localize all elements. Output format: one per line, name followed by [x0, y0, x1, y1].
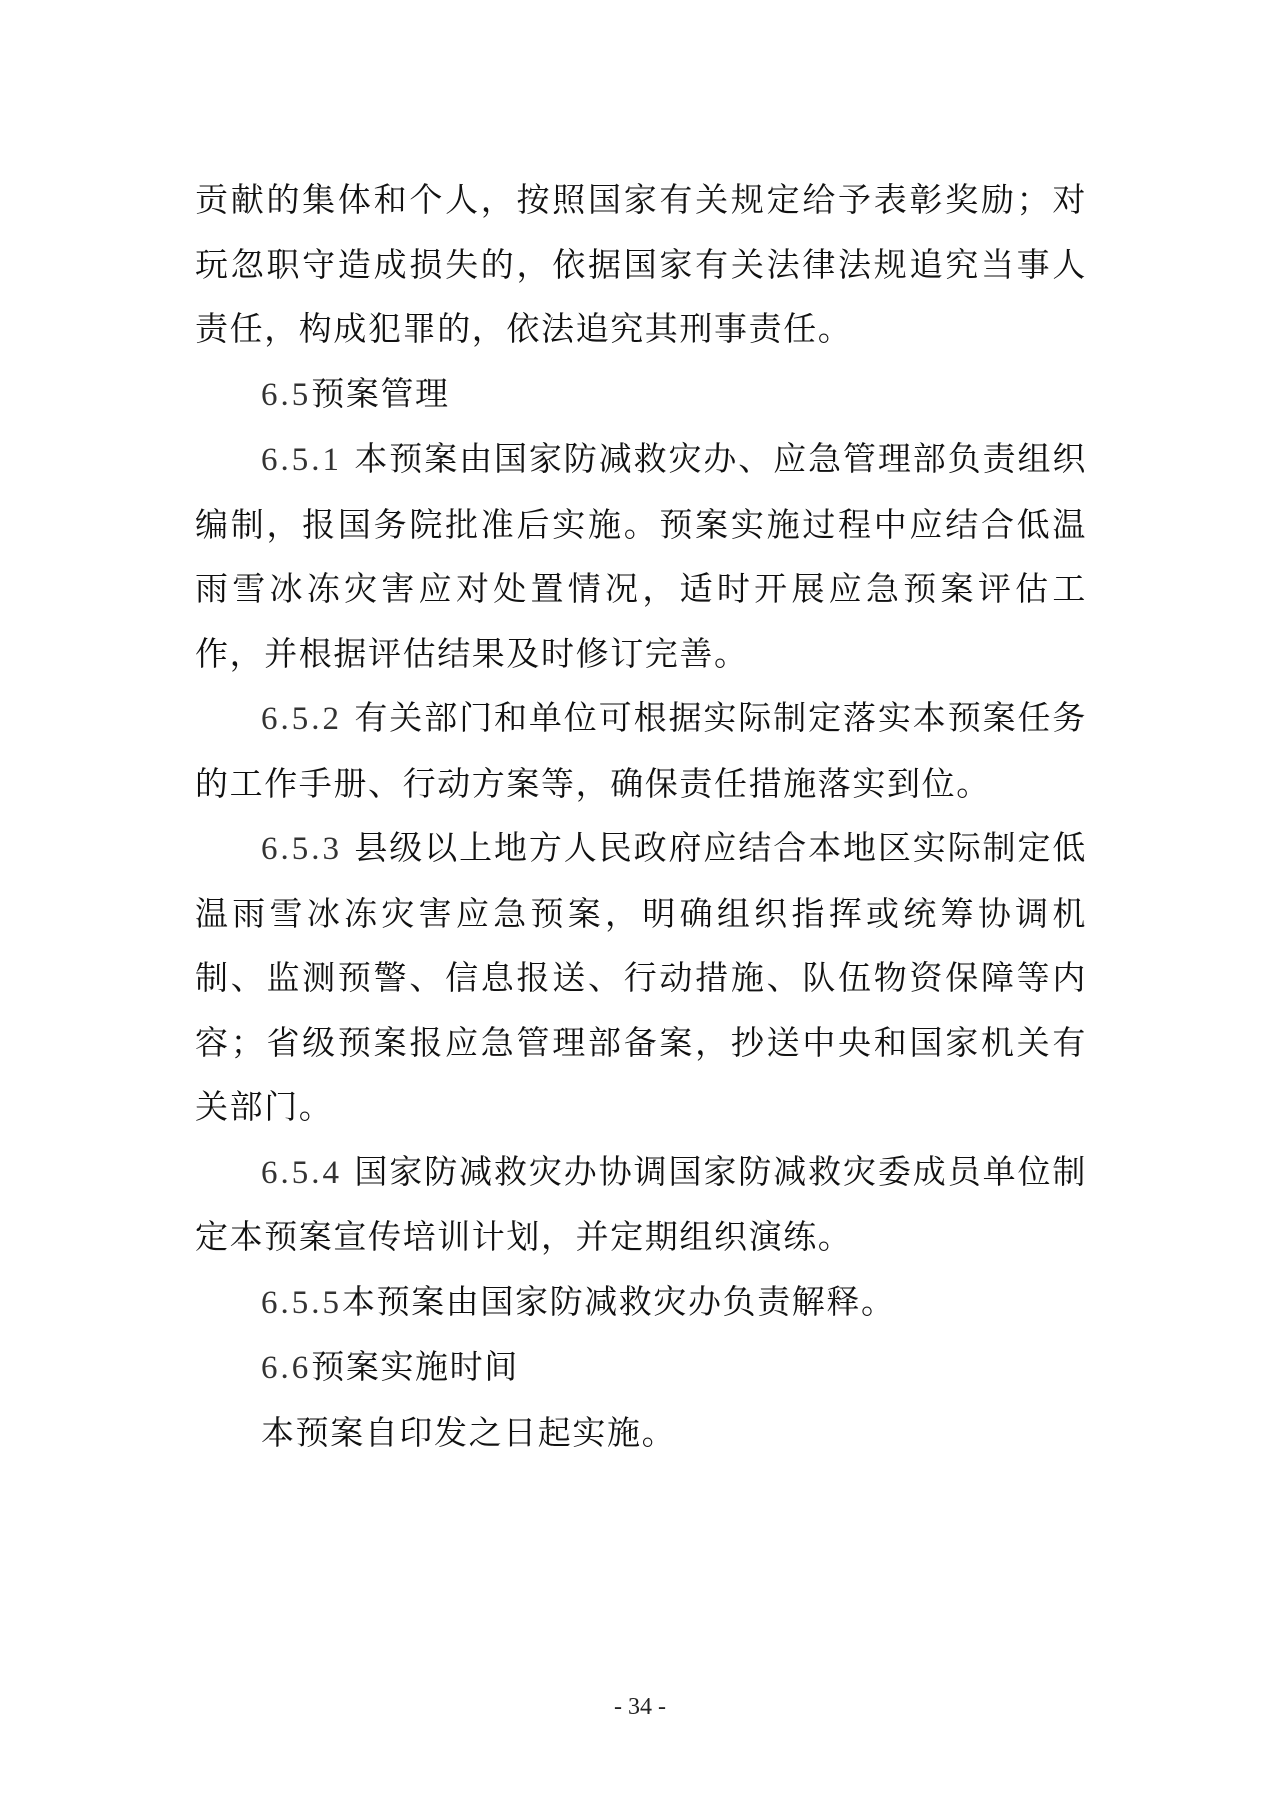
- section-title: 预案管理: [311, 374, 449, 413]
- clause-number: 6.5.1: [261, 442, 342, 478]
- paragraph-6-5-1: 6.5.1 本预案由国家防减救灾办、应急管理部负责组织编制，报国务院批准后实施。…: [195, 427, 1087, 686]
- paragraph-6-5-5: 6.5.5本预案由国家防减救灾办负责解释。: [195, 1270, 1087, 1336]
- clause-number: 6.5.2: [261, 701, 342, 737]
- paragraph-text: 贡献的集体和个人，按照国家有关规定给予表彰奖励；对玩忽职守造成损失的，依据国家有…: [195, 180, 1087, 348]
- paragraph-reward-penalty: 贡献的集体和个人，按照国家有关规定给予表彰奖励；对玩忽职守造成损失的，依据国家有…: [195, 168, 1087, 362]
- section-heading-6-6: 6.6预案实施时间: [195, 1335, 1087, 1401]
- paragraph-text: 本预案由国家防减救灾办负责解释。: [342, 1282, 896, 1321]
- clause-number: 6.5.4: [261, 1155, 342, 1191]
- section-title: 预案实施时间: [311, 1347, 519, 1386]
- paragraph-6-5-4: 6.5.4 国家防减救灾办协调国家防减救灾委成员单位制定本预案宣传培训计划，并定…: [195, 1140, 1087, 1270]
- clause-number: 6.5.3: [261, 831, 342, 867]
- document-page: 贡献的集体和个人，按照国家有关规定给予表彰奖励；对玩忽职守造成损失的，依据国家有…: [0, 0, 1280, 1809]
- paragraph-text: 县级以上地方人民政府应结合本地区实际制定低温雨雪冰冻灾害应急预案，明确组织指挥或…: [195, 828, 1087, 1126]
- paragraph-effective-date: 本预案自印发之日起实施。: [195, 1401, 1087, 1466]
- paragraph-6-5-2: 6.5.2 有关部门和单位可根据实际制定落实本预案任务的工作手册、行动方案等，确…: [195, 686, 1087, 816]
- section-number: 6.5: [261, 377, 311, 413]
- document-body: 贡献的集体和个人，按照国家有关规定给予表彰奖励；对玩忽职守造成损失的，依据国家有…: [195, 168, 1087, 1465]
- section-heading-6-5: 6.5预案管理: [195, 362, 1087, 428]
- page-number: - 34 -: [0, 1694, 1280, 1721]
- paragraph-6-5-3: 6.5.3 县级以上地方人民政府应结合本地区实际制定低温雨雪冰冻灾害应急预案，明…: [195, 816, 1087, 1140]
- clause-number: 6.5.5: [261, 1285, 342, 1321]
- paragraph-text: 本预案自印发之日起实施。: [261, 1413, 676, 1452]
- section-number: 6.6: [261, 1350, 311, 1386]
